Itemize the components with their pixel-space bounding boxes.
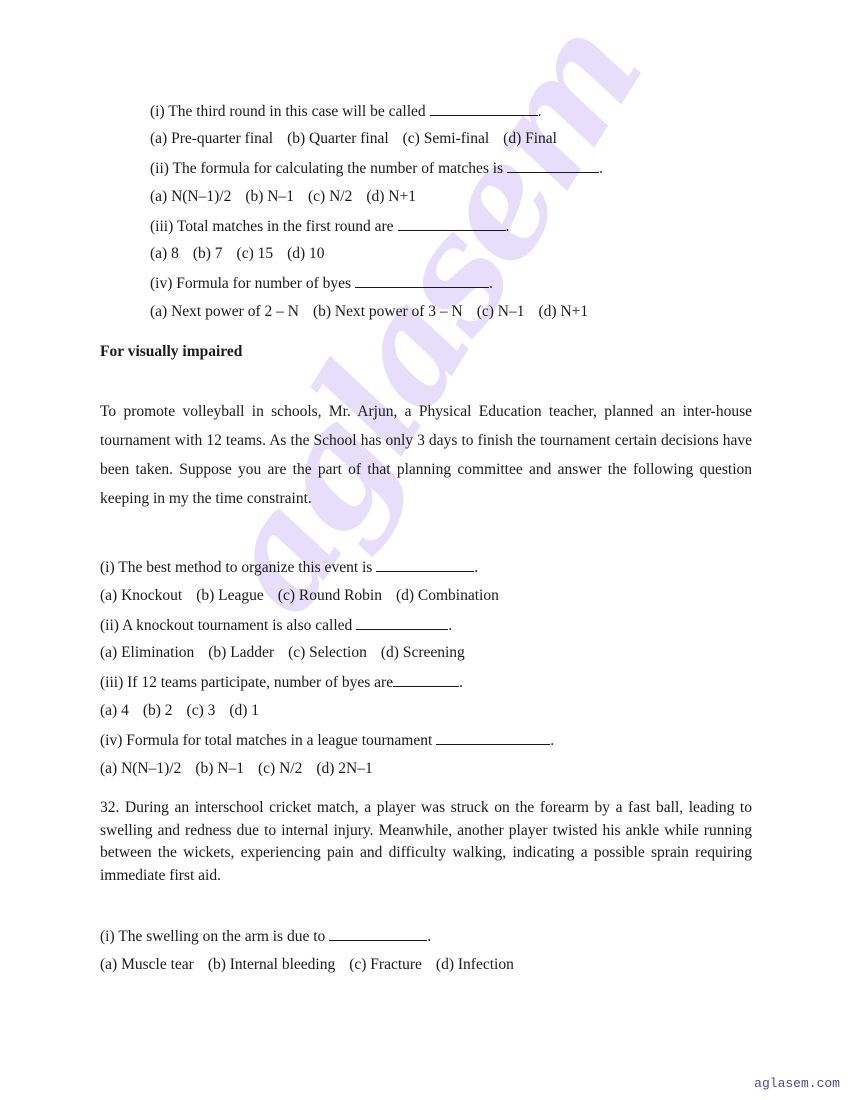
option: (a) N(N–1)/2 (100, 760, 181, 777)
question-stem: (i) The third round in this case will be… (150, 101, 542, 122)
options-row: (a) N(N–1)/2(b) N–1(c) N/2(d) 2N–1 (100, 759, 387, 779)
question-stem: (i) The swelling on the arm is due to. (100, 926, 431, 947)
answer-blank (356, 615, 448, 630)
option: (b) N–1 (195, 760, 244, 777)
option: (a) Next power of 2 – N (150, 303, 299, 320)
option: (c) N–1 (477, 303, 525, 320)
option: (b) 2 (143, 702, 173, 719)
question-32-passage: 32. During an interschool cricket match,… (100, 797, 752, 887)
option: (d) Infection (436, 956, 514, 973)
option: (a) 4 (100, 702, 129, 719)
option: (d) Final (503, 130, 557, 147)
footer-site-link[interactable]: aglasem.com (754, 1076, 840, 1091)
option: (c) N/2 (308, 188, 352, 205)
option: (a) N(N–1)/2 (150, 188, 231, 205)
question-stem: (ii) A knockout tournament is also calle… (100, 615, 452, 636)
option: (b) N–1 (245, 188, 294, 205)
option: (c) 3 (187, 702, 216, 719)
options-row: (a) Muscle tear(b) Internal bleeding(c) … (100, 955, 528, 975)
option: (c) Semi-final (403, 130, 490, 147)
question-stem: (ii) The formula for calculating the num… (150, 158, 603, 179)
option: (b) League (196, 587, 264, 604)
options-row: (a) 4(b) 2(c) 3(d) 1 (100, 701, 273, 721)
option: (c) Round Robin (278, 587, 382, 604)
option: (b) Quarter final (287, 130, 389, 147)
answer-blank (398, 216, 506, 231)
option: (b) 7 (193, 245, 223, 262)
option: (b) Internal bleeding (208, 956, 335, 973)
option: (a) Pre-quarter final (150, 130, 273, 147)
answer-blank (430, 101, 538, 116)
options-row: (a) Next power of 2 – N(b) Next power of… (150, 302, 602, 322)
options-row: (a) Knockout(b) League(c) Round Robin(d)… (100, 586, 513, 606)
option: (d) Screening (381, 644, 465, 661)
option: (d) 2N–1 (316, 760, 372, 777)
question-stem: (iv) Formula for total matches in a leag… (100, 730, 554, 751)
option: (d) N+1 (539, 303, 589, 320)
answer-blank (376, 557, 474, 572)
answer-blank (507, 158, 599, 173)
options-row: (a) Elimination(b) Ladder(c) Selection(d… (100, 643, 479, 663)
option: (c) Selection (288, 644, 367, 661)
option: (c) Fracture (349, 956, 422, 973)
question-stem: (i) The best method to organize this eve… (100, 557, 478, 578)
answer-blank (329, 926, 427, 941)
options-row: (a) Pre-quarter final(b) Quarter final(c… (150, 129, 571, 149)
answer-blank (393, 672, 459, 687)
option: (d) 10 (287, 245, 324, 262)
option: (b) Ladder (208, 644, 274, 661)
option: (c) 15 (237, 245, 274, 262)
option: (a) Knockout (100, 587, 182, 604)
answer-blank (436, 730, 550, 745)
option: (c) N/2 (258, 760, 302, 777)
case-passage: To promote volleyball in schools, Mr. Ar… (100, 397, 752, 513)
option: (d) N+1 (366, 188, 416, 205)
option: (d) 1 (229, 702, 259, 719)
section-heading: For visually impaired (100, 342, 242, 362)
option: (a) Elimination (100, 644, 194, 661)
question-stem: (iii) If 12 teams participate, number of… (100, 672, 463, 693)
answer-blank (355, 273, 489, 288)
option: (a) Muscle tear (100, 956, 194, 973)
option: (a) 8 (150, 245, 179, 262)
options-row: (a) N(N–1)/2(b) N–1(c) N/2(d) N+1 (150, 187, 430, 207)
question-stem: (iii) Total matches in the first round a… (150, 216, 509, 237)
option: (d) Combination (396, 587, 499, 604)
options-row: (a) 8(b) 7(c) 15(d) 10 (150, 244, 339, 264)
option: (b) Next power of 3 – N (313, 303, 463, 320)
question-stem: (iv) Formula for number of byes. (150, 273, 493, 294)
